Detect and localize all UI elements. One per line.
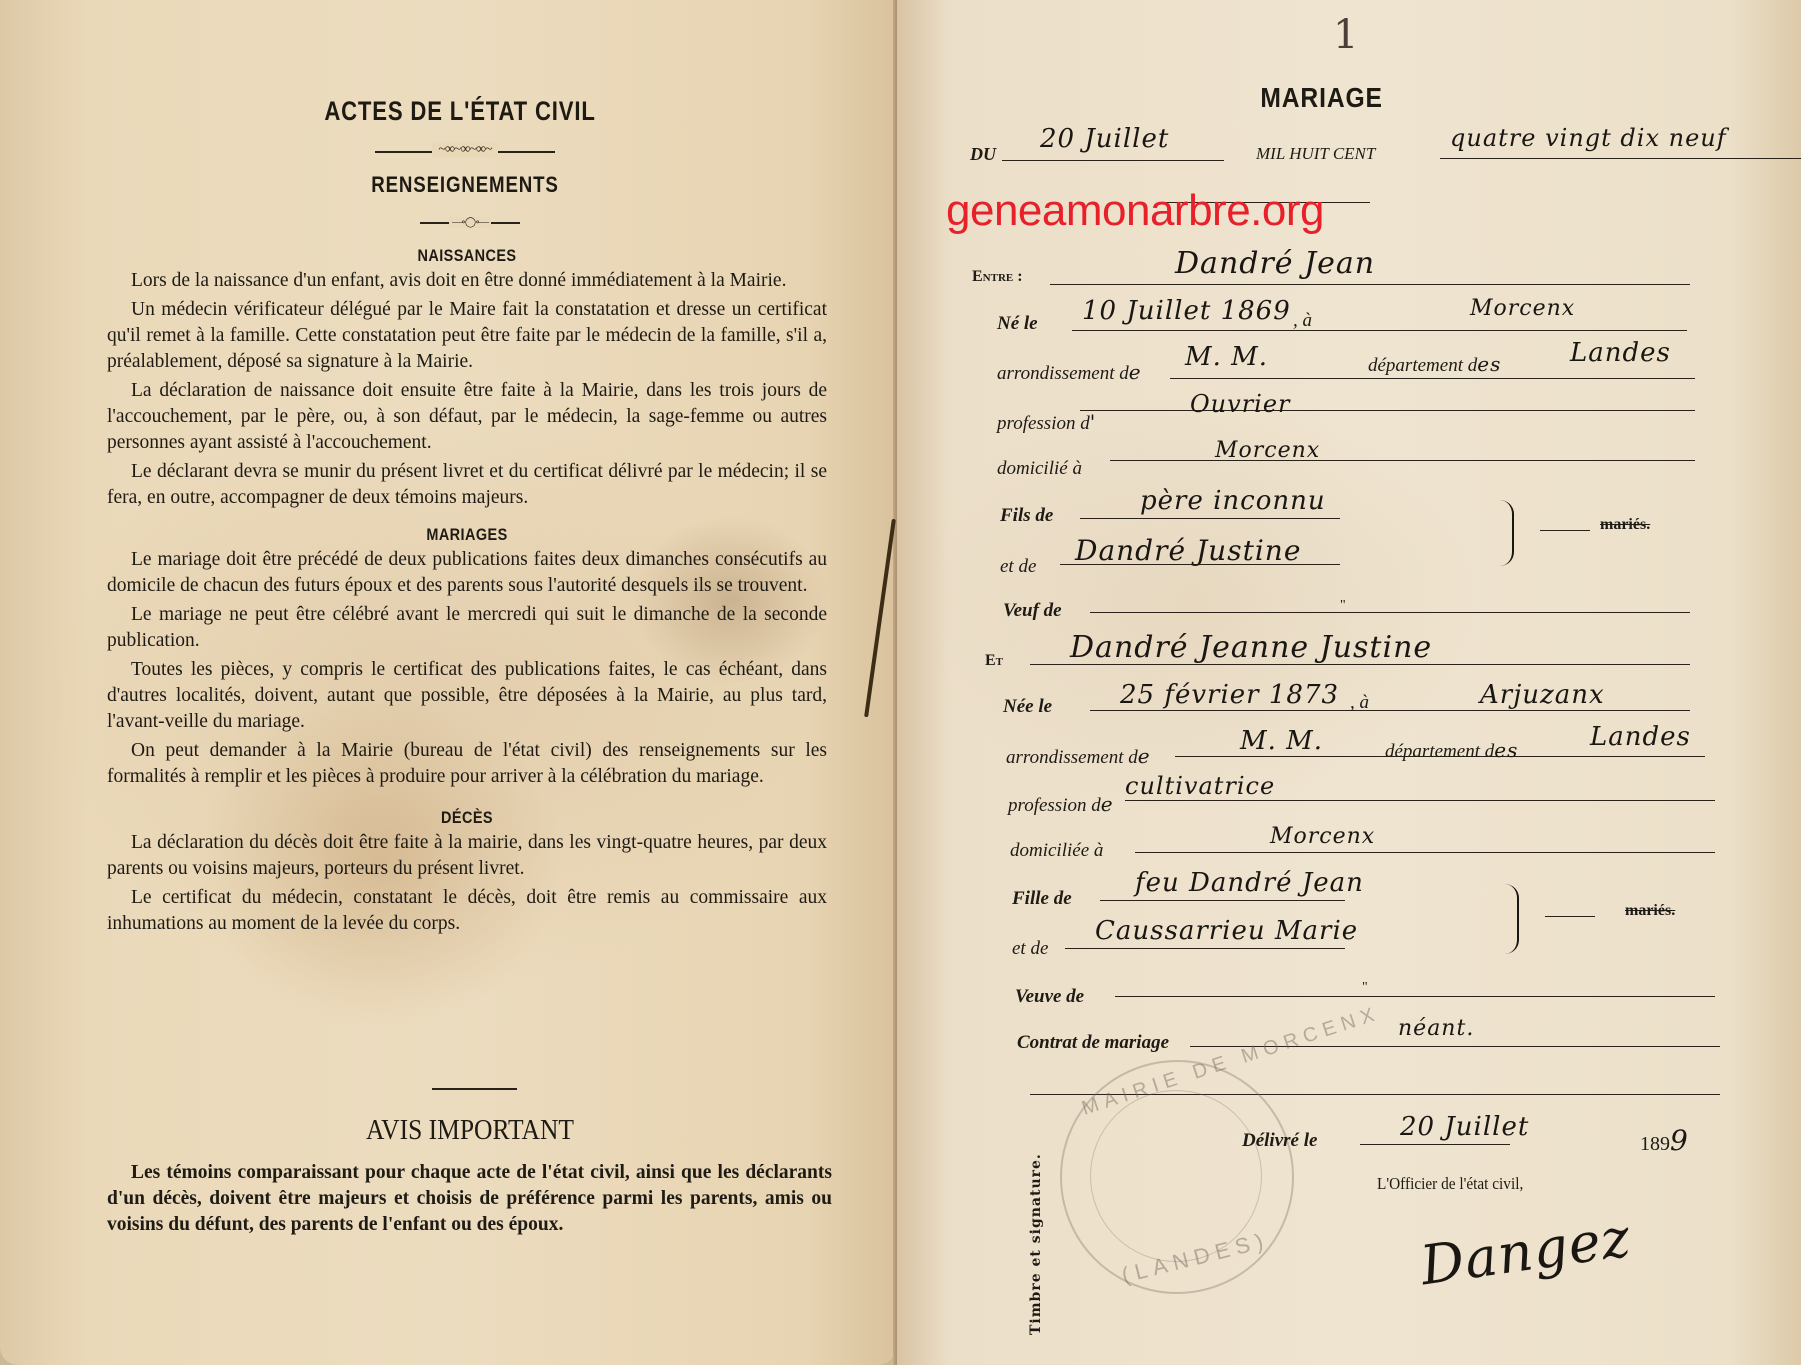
label-father: Fille de	[1012, 888, 1072, 910]
label-born: Née le	[1003, 696, 1052, 718]
watermark-site: geneamonarbre.org	[946, 186, 1324, 236]
section-heading-deces: DÉCÈS	[161, 808, 773, 828]
label-widower: Veuf de	[1003, 600, 1062, 622]
label-father: Fils de	[1000, 505, 1053, 527]
paragraph: La déclaration de naissance doit ensuite…	[107, 378, 827, 456]
notice-heading: AVIS IMPORTANT	[56, 1114, 883, 1147]
label-born-at: , à	[1350, 692, 1369, 714]
field-line	[1115, 996, 1715, 997]
bride-profession: cultivatrice	[1125, 772, 1275, 800]
label-profession: profession de	[1008, 792, 1114, 817]
label-contract: Contrat de mariage	[1017, 1032, 1169, 1054]
side-note-vertical: Timbre et signature.	[1028, 1153, 1044, 1335]
field-line	[1135, 852, 1715, 853]
bride-father: feu Dandré Jean	[1135, 868, 1364, 898]
bracket	[1505, 884, 1519, 954]
groom-name: Dandré Jean	[1175, 246, 1375, 281]
field-line	[1080, 410, 1695, 411]
bride-arrondissement: M. M.	[1240, 726, 1323, 756]
label-et: Et	[985, 652, 1003, 670]
label-domicile: domicilié à	[997, 458, 1082, 480]
paragraph: On peut demander à la Mairie (bureau de …	[107, 738, 827, 790]
left-page-subtitle: RENSEIGNEMENTS	[70, 172, 861, 198]
label-widow: Veuve de	[1015, 986, 1084, 1008]
widow-value: "	[1362, 980, 1368, 996]
record-title: MARIAGE	[1260, 82, 1383, 114]
paragraph: Le mariage doit être précédé de deux pub…	[107, 547, 827, 599]
label-born: Né le	[997, 313, 1038, 335]
field-line	[1065, 948, 1345, 949]
groom-birth-place: Morcenx	[1470, 296, 1575, 321]
label-arrondissement: arrondissement de	[997, 360, 1142, 385]
paragraph: Lors de la naissance d'un enfant, avis d…	[107, 268, 827, 294]
officer-label: L'Officier de l'état civil,	[1377, 1174, 1523, 1194]
date-year-words: quatre vingt dix neuf	[1450, 124, 1727, 152]
field-line	[1110, 460, 1695, 461]
field-line	[1050, 284, 1690, 285]
date-line-rule	[1002, 160, 1224, 161]
field-line	[1090, 710, 1690, 711]
bride-birth-place: Arjuzanx	[1480, 680, 1605, 710]
parents-married: mariés.	[1600, 516, 1650, 534]
field-line	[1360, 1144, 1510, 1145]
label-delivered: Délivré le	[1242, 1130, 1317, 1152]
paragraph: Le déclarant devra se munir du présent l…	[107, 459, 827, 511]
field-line	[1072, 330, 1687, 331]
bride-domicile: Morcenx	[1270, 824, 1375, 849]
label-domicile: domiciliée à	[1010, 840, 1103, 862]
delivered-date: 20 Juillet	[1400, 1112, 1529, 1142]
parents-married: mariés.	[1625, 902, 1675, 920]
field-line	[1125, 800, 1715, 801]
label-arrondissement: arrondissement de	[1006, 744, 1151, 769]
field-line	[1545, 916, 1595, 917]
paragraph: Toutes les pièces, y compris le certific…	[107, 657, 827, 735]
label-profession: profession d'	[997, 410, 1096, 435]
paragraph: La déclaration du décès doit être faite …	[107, 830, 827, 882]
bride-birth-date: 25 février 1873	[1120, 680, 1339, 710]
contract-value: néant.	[1398, 1016, 1474, 1041]
groom-domicile: Morcenx	[1215, 438, 1320, 463]
divider-rule	[432, 1088, 517, 1090]
date-day-month: 20 Juillet	[1040, 124, 1169, 154]
left-page-body: NAISSANCES Lors de la naissance d'un enf…	[107, 246, 827, 940]
delivered-year: 1899	[1640, 1124, 1689, 1157]
left-page-informational: ACTES DE L'ÉTAT CIVIL ~∞~∞~∞~ RENSEIGNEM…	[0, 0, 896, 1365]
groom-profession: Ouvrier	[1190, 390, 1291, 418]
label-departement: département des	[1368, 352, 1501, 377]
paragraph: Un médecin vérificateur délégué par le M…	[107, 297, 827, 375]
field-line	[1100, 900, 1345, 901]
label-mother: et de	[1000, 556, 1036, 578]
widower-value: "	[1340, 598, 1346, 614]
bride-departement: Landes	[1590, 722, 1691, 752]
left-page-title: ACTES DE L'ÉTAT CIVIL	[83, 96, 837, 127]
label-entre: Entre :	[972, 268, 1023, 286]
notice-text: Les témoins comparaissant pour chaque ac…	[107, 1160, 832, 1238]
bride-mother: Caussarrieu Marie	[1095, 916, 1358, 946]
groom-father: père inconnu	[1140, 486, 1326, 516]
label-mother: et de	[1012, 938, 1048, 960]
bracket	[1500, 500, 1514, 566]
groom-arrondissement: M. M.	[1185, 342, 1268, 372]
section-heading-naissances: NAISSANCES	[161, 246, 773, 266]
groom-mother: Dandré Justine	[1075, 534, 1301, 567]
bride-name: Dandré Jeanne Justine	[1070, 630, 1432, 665]
field-line	[1080, 518, 1340, 519]
field-line	[1090, 612, 1690, 613]
paragraph: Le certificat du médecin, constatant le …	[107, 885, 827, 937]
date-middle: MIL HUIT CENT	[1256, 144, 1375, 164]
section-heading-mariages: MARIAGES	[161, 525, 773, 545]
field-line	[1540, 530, 1590, 531]
year-line-rule	[1440, 158, 1801, 159]
ornament-divider-2: —∘◯∘—	[420, 214, 520, 230]
label-born-at: , à	[1293, 310, 1312, 332]
groom-departement: Landes	[1570, 338, 1671, 368]
paragraph: Le mariage ne peut être célébré avant le…	[107, 602, 827, 654]
page-number: 1	[1333, 12, 1359, 58]
field-line	[1170, 378, 1695, 379]
date-prefix: DU	[970, 144, 996, 165]
label-departement: département des	[1385, 738, 1518, 763]
groom-birth-date: 10 Juillet 1869	[1082, 296, 1291, 326]
ornament-divider-1: ~∞~∞~∞~	[375, 142, 555, 158]
